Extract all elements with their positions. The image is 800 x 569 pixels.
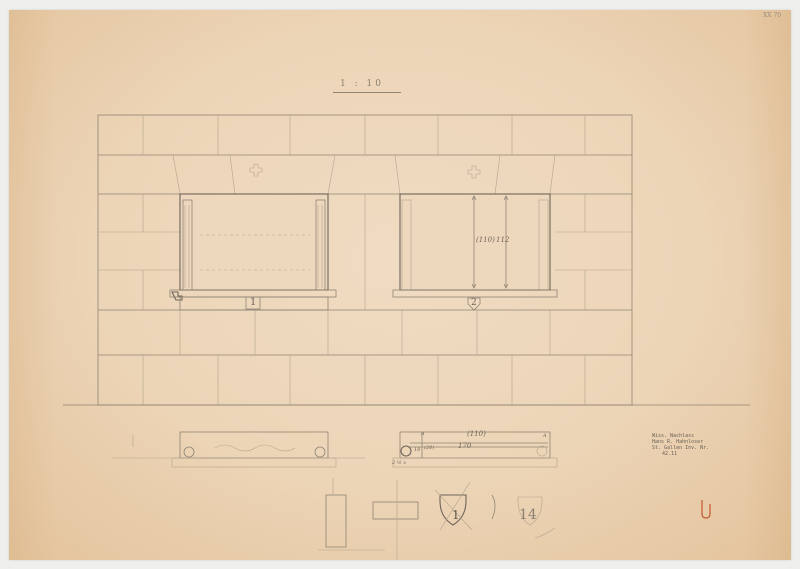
cross-icon: [250, 164, 262, 176]
left-window: [170, 194, 336, 310]
red-hook-mark: [702, 500, 710, 518]
section-arrow-label-right: A: [543, 434, 547, 439]
stamp-line: St. Gallen Inv. Nr.: [652, 445, 709, 451]
masonry-wall: [98, 115, 632, 405]
bottom-details: [318, 478, 710, 560]
dimension-sill-width: 170: [458, 443, 471, 450]
cross-icon: [468, 166, 480, 178]
left-section-plan: [112, 432, 365, 467]
scale-underline: [333, 92, 401, 93]
collection-stamp: Wiss. Nachlass Hans R. Hahnloser St. Gal…: [652, 433, 709, 457]
right-window-badge: 2: [471, 299, 477, 308]
dimension-depth-label: (20): [424, 446, 434, 451]
sheet-reference: XX 70: [763, 13, 781, 19]
left-window-badge: 1: [250, 298, 256, 308]
dimension-inner-height: (110): [476, 237, 495, 244]
elevation-drawing: [0, 0, 800, 569]
shield-detail-one-label: 1: [452, 509, 460, 521]
stamp-line: 42.11: [652, 451, 709, 457]
shield-detail-fourteen-label: 14: [519, 508, 537, 522]
scale-label: 1 : 10: [340, 80, 384, 89]
right-window: [393, 194, 557, 310]
dimension-outer-height: 112: [496, 237, 509, 244]
dimension-side-label: 2 ½ x: [392, 461, 406, 466]
dimension-depth-value: 18: [414, 448, 420, 453]
dimension-bracket-width: (110): [467, 431, 486, 438]
section-arrow-label-left: A: [421, 432, 425, 437]
